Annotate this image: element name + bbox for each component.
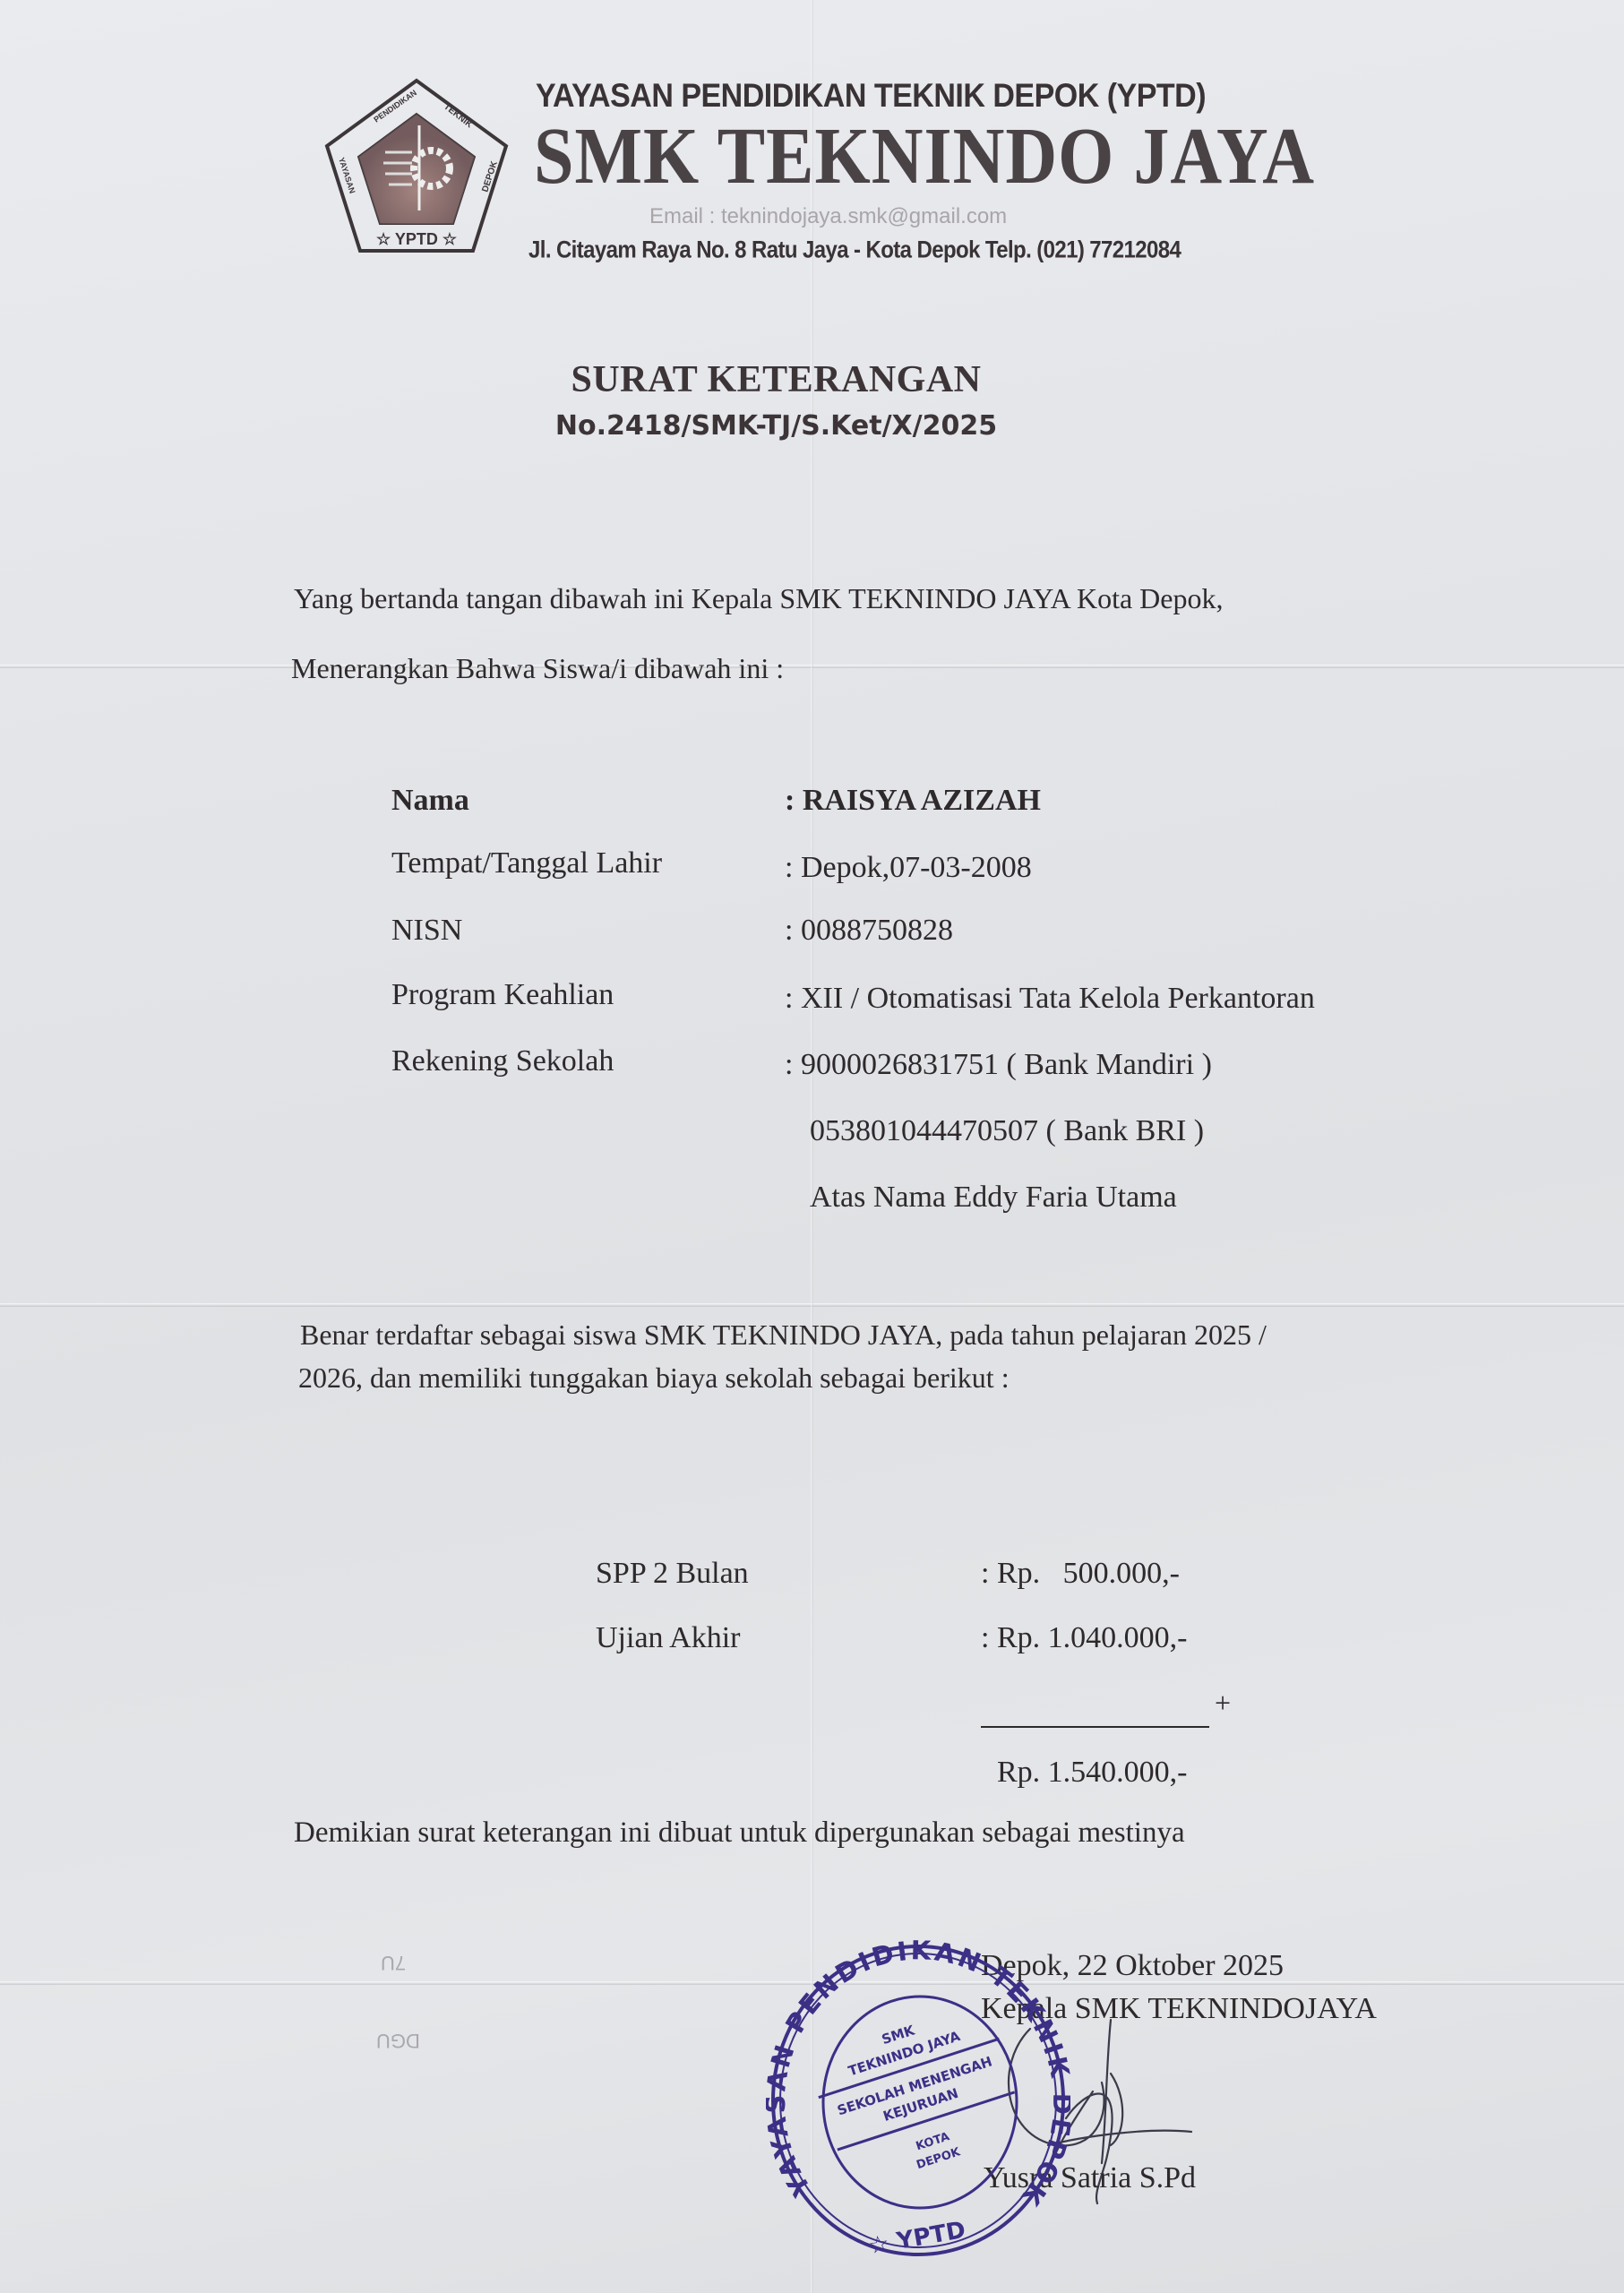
fee-label: Ujian Akhir — [596, 1621, 740, 1655]
svg-text:TEKNIK: TEKNIK — [442, 102, 475, 131]
field-label: Program Keahlian — [391, 978, 614, 1012]
account-holder: Atas Nama Eddy Faria Utama — [810, 1181, 1177, 1215]
show-through-mark: 7U — [381, 1951, 406, 1974]
school-account-bri: 053801044470507 ( Bank BRI ) — [810, 1114, 1204, 1148]
statement-line-1: Benar terdaftar sebagai siswa SMK TEKNIN… — [300, 1318, 1267, 1352]
official-stamp-icon: YAYASAN PENDIDIKAN TEKNIK DEPOK ☆ YPTD S… — [766, 1930, 1070, 2262]
fee-amount: : Rp. 500.000,- — [981, 1557, 1180, 1591]
fee-amount: : Rp. 1.040.000,- — [981, 1621, 1187, 1655]
school-name: SMK TEKNINDO JAYA — [534, 112, 1315, 203]
field-label: Nama — [391, 784, 469, 818]
school-email: Email : teknindojaya.smk@gmail.com — [649, 204, 1007, 229]
intro-line-1: Yang bertanda tangan dibawah ini Kepala … — [294, 582, 1223, 615]
document-number: No.2418/SMK-TJ/S.Ket/X/2025 — [0, 410, 1624, 442]
svg-text:☆ YPTD ☆: ☆ YPTD ☆ — [376, 230, 458, 248]
fee-total: Rp. 1.540.000,- — [997, 1756, 1188, 1790]
field-label: Tempat/Tanggal Lahir — [391, 846, 662, 880]
fee-label: SPP 2 Bulan — [596, 1557, 749, 1591]
school-logo-icon: ☆ YPTD ☆ PENDIDIKAN TEKNIK YAYASAN DEPOK — [322, 76, 511, 255]
field-label: NISN — [391, 914, 462, 948]
show-through-mark: DGU — [376, 2029, 420, 2052]
intro-line-2: Menerangkan Bahwa Siswa/i dibawah ini : — [291, 652, 784, 685]
sum-line — [981, 1726, 1209, 1728]
plus-sign: + — [1215, 1687, 1231, 1720]
school-address: Jl. Citayam Raya No. 8 Ratu Jaya - Kota … — [528, 237, 1181, 265]
student-birth: : Depok,07-03-2008 — [785, 851, 1032, 885]
foundation-name: YAYASAN PENDIDIKAN TEKNIK DEPOK (YPTD) — [536, 77, 1206, 116]
student-nisn: : 0088750828 — [785, 914, 953, 948]
student-name: : RAISYA AZIZAH — [785, 784, 1041, 818]
closing-statement: Demikian surat keterangan ini dibuat unt… — [294, 1816, 1185, 1850]
field-label: Rekening Sekolah — [391, 1044, 614, 1078]
school-account-mandiri: : 9000026831751 ( Bank Mandiri ) — [785, 1048, 1212, 1082]
document-title: SURAT KETERANGAN — [0, 358, 1624, 401]
student-program: : XII / Otomatisasi Tata Kelola Perkanto… — [785, 982, 1315, 1016]
statement-line-2: 2026, dan memiliki tunggakan biaya sekol… — [298, 1361, 1010, 1395]
